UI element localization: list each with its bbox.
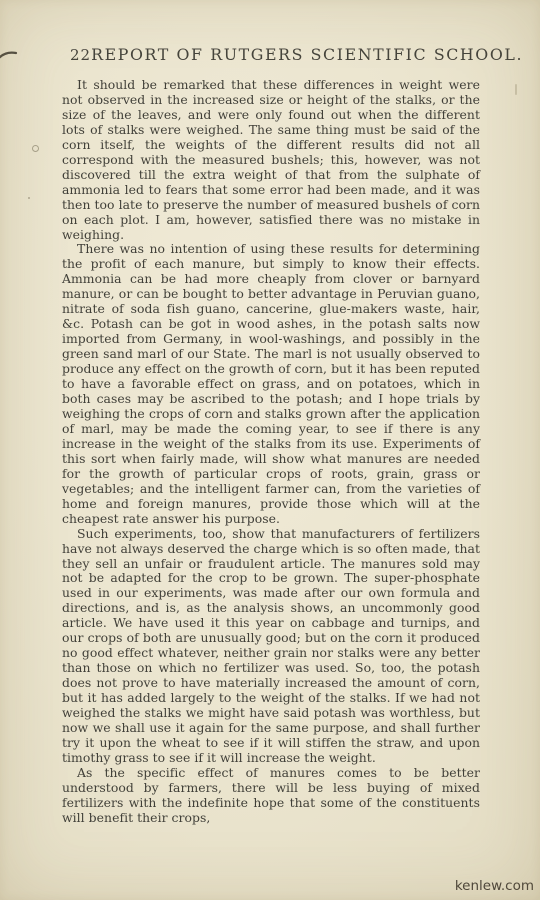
paper-speck-ring [32, 145, 39, 152]
ink-stroke-mark [0, 47, 19, 67]
scanned-book-page: 22 REPORT OF RUTGERS SCIENTIFIC SCHOOL. … [0, 0, 540, 900]
paragraph: There was no intention of using these re… [62, 242, 480, 526]
running-title: REPORT OF RUTGERS SCIENTIFIC SCHOOL. [91, 45, 523, 64]
paper-speck [28, 197, 30, 199]
paragraph: Such experiments, too, show that manufac… [62, 527, 480, 766]
paragraph: It should be remarked that these differe… [62, 78, 480, 242]
watermark-url: kenlew.com [455, 878, 534, 894]
paper-speck [515, 84, 517, 95]
paragraph: As the specific effect of manures comes … [62, 766, 480, 826]
page-number: 22 [70, 46, 91, 64]
page-body-text: It should be remarked that these differe… [62, 78, 480, 826]
page-header: 22 REPORT OF RUTGERS SCIENTIFIC SCHOOL. [70, 45, 468, 64]
